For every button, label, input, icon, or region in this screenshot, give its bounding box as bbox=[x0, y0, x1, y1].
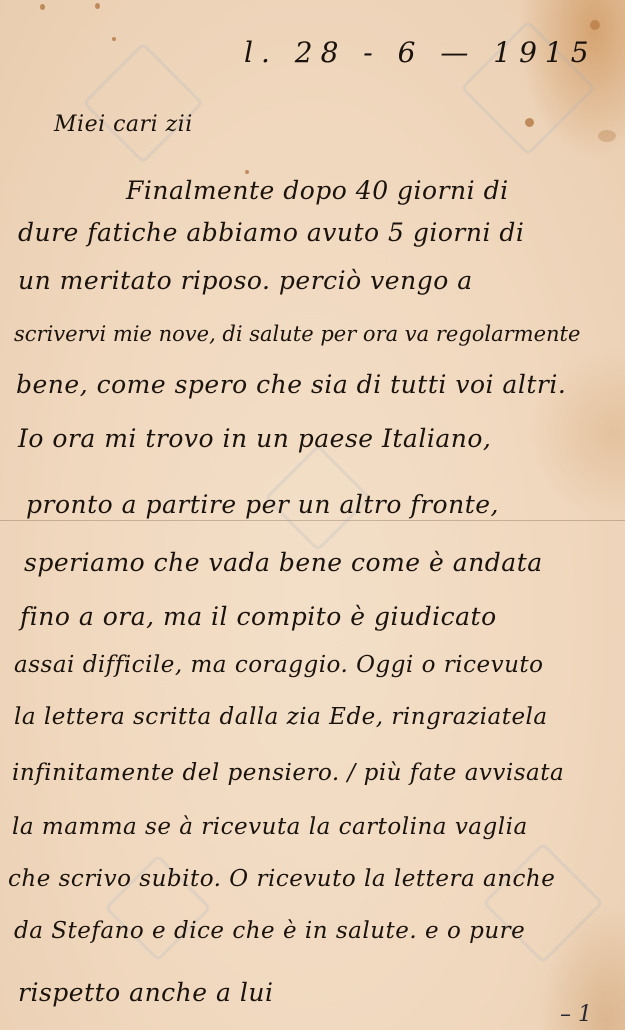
letter-line: bene, come spero che sia di tutti voi al… bbox=[16, 370, 566, 399]
letter-line: la lettera scritta dalla zia Ede, ringra… bbox=[14, 704, 548, 730]
letter-line: assai difficile, ma coraggio. Oggi o ric… bbox=[14, 652, 544, 678]
letter-line: speriamo che vada bene come è andata bbox=[24, 548, 543, 577]
letter-salutation: Miei cari zii bbox=[54, 112, 193, 137]
letter-line: rispetto anche a lui bbox=[18, 978, 273, 1007]
letter-line: pronto a partire per un altro fronte, bbox=[26, 490, 499, 519]
letter-page: l. 28 - 6 — 1915 Miei cari zii Finalment… bbox=[0, 0, 625, 1030]
paper-stain bbox=[245, 170, 249, 174]
paper-stain bbox=[590, 20, 600, 30]
letter-line: un meritato riposo. perciò vengo a bbox=[18, 266, 473, 295]
paper-stain bbox=[598, 130, 616, 142]
paper-stain bbox=[112, 37, 116, 41]
letter-date: l. 28 - 6 — 1915 bbox=[244, 36, 597, 69]
letter-line: fino a ora, ma il compito è giudicato bbox=[20, 602, 497, 631]
paper-stain bbox=[40, 4, 45, 10]
letter-line: scrivervi mie nove, di salute per ora va… bbox=[14, 322, 580, 346]
letter-line: la mamma se à ricevuta la cartolina vagl… bbox=[12, 814, 528, 840]
paper-stain bbox=[525, 118, 534, 127]
letter-line: Finalmente dopo 40 giorni di bbox=[126, 176, 509, 205]
watermark-pattern bbox=[82, 42, 204, 164]
letter-line: infinitamente del pensiero. / più fate a… bbox=[12, 760, 564, 786]
watermark-pattern bbox=[482, 842, 604, 964]
letter-line: che scrivo subito. O ricevuto la lettera… bbox=[8, 866, 555, 892]
paper-stain bbox=[95, 3, 100, 9]
letter-line: Io ora mi trovo in un paese Italiano, bbox=[18, 424, 491, 453]
fold-crease bbox=[0, 520, 625, 521]
letter-line: da Stefano e dice che è in salute. e o p… bbox=[14, 918, 525, 944]
letter-line: dure fatiche abbiamo avuto 5 giorni di bbox=[18, 218, 524, 247]
page-number: – 1 bbox=[560, 1002, 592, 1027]
